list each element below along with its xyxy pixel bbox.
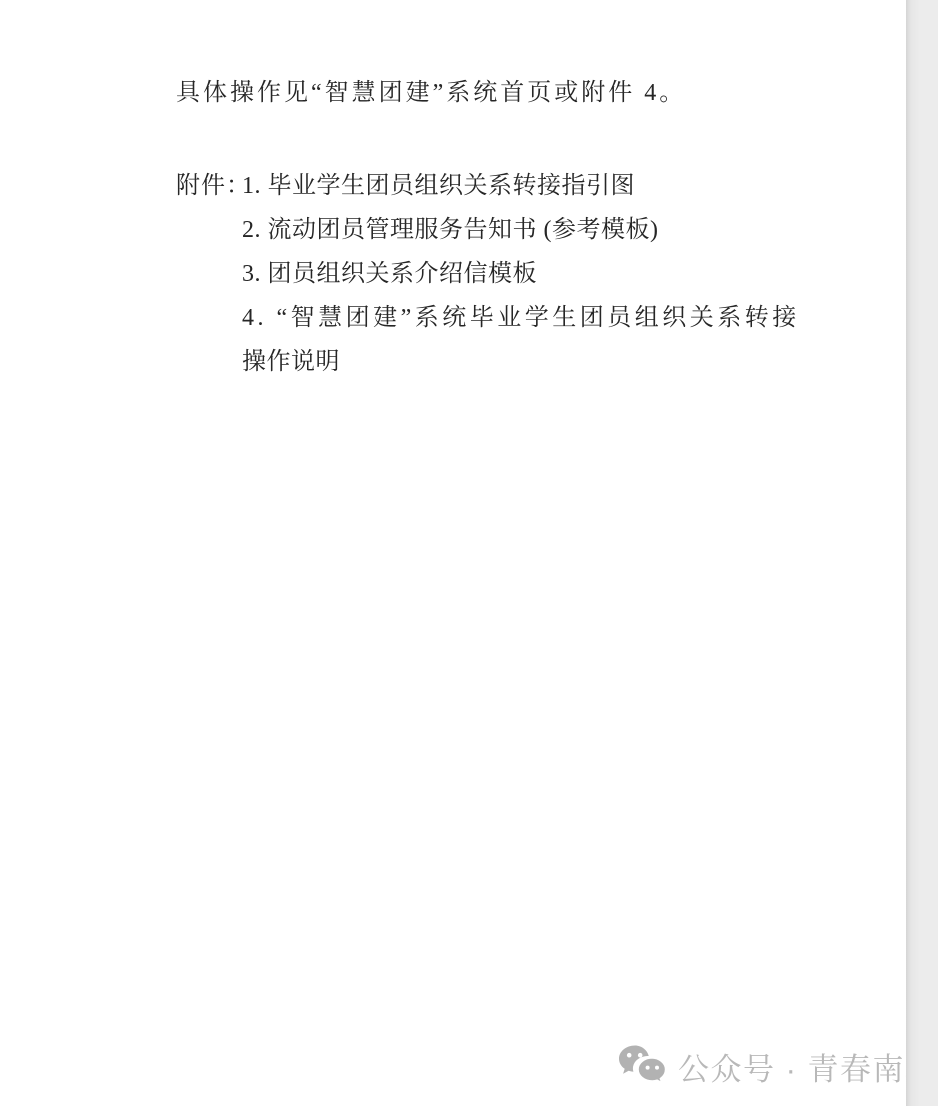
body-paragraph: 具体操作见“智慧团建”系统首页或附件 4。 <box>176 72 686 107</box>
page-edge-strip <box>906 0 938 1106</box>
attachment-item-4-continuation: 操作说明 <box>242 340 800 384</box>
attachments-list: 1. 毕业学生团员组织关系转接指引图 2. 流动团员管理服务告知书 (参考模板)… <box>242 164 800 384</box>
watermark: 公众号 · 青春南科院 <box>618 1044 938 1089</box>
watermark-text: 公众号 · 青春南科院 <box>678 1044 938 1089</box>
document-page: 具体操作见“智慧团建”系统首页或附件 4。 附件： 1. 毕业学生团员组织关系转… <box>0 0 938 1106</box>
attachment-item-3: 3. 团员组织关系介绍信模板 <box>242 252 800 296</box>
attachments-label: 附件： <box>176 164 242 208</box>
attachments-block: 附件： 1. 毕业学生团员组织关系转接指引图 2. 流动团员管理服务告知书 (参… <box>176 164 800 384</box>
attachment-item-4: 4. “智慧团建”系统毕业学生团员组织关系转接 <box>242 296 800 340</box>
attachment-item-2: 2. 流动团员管理服务告知书 (参考模板) <box>242 208 800 252</box>
attachment-item-1: 1. 毕业学生团员组织关系转接指引图 <box>242 164 800 208</box>
wechat-icon <box>618 1044 668 1089</box>
